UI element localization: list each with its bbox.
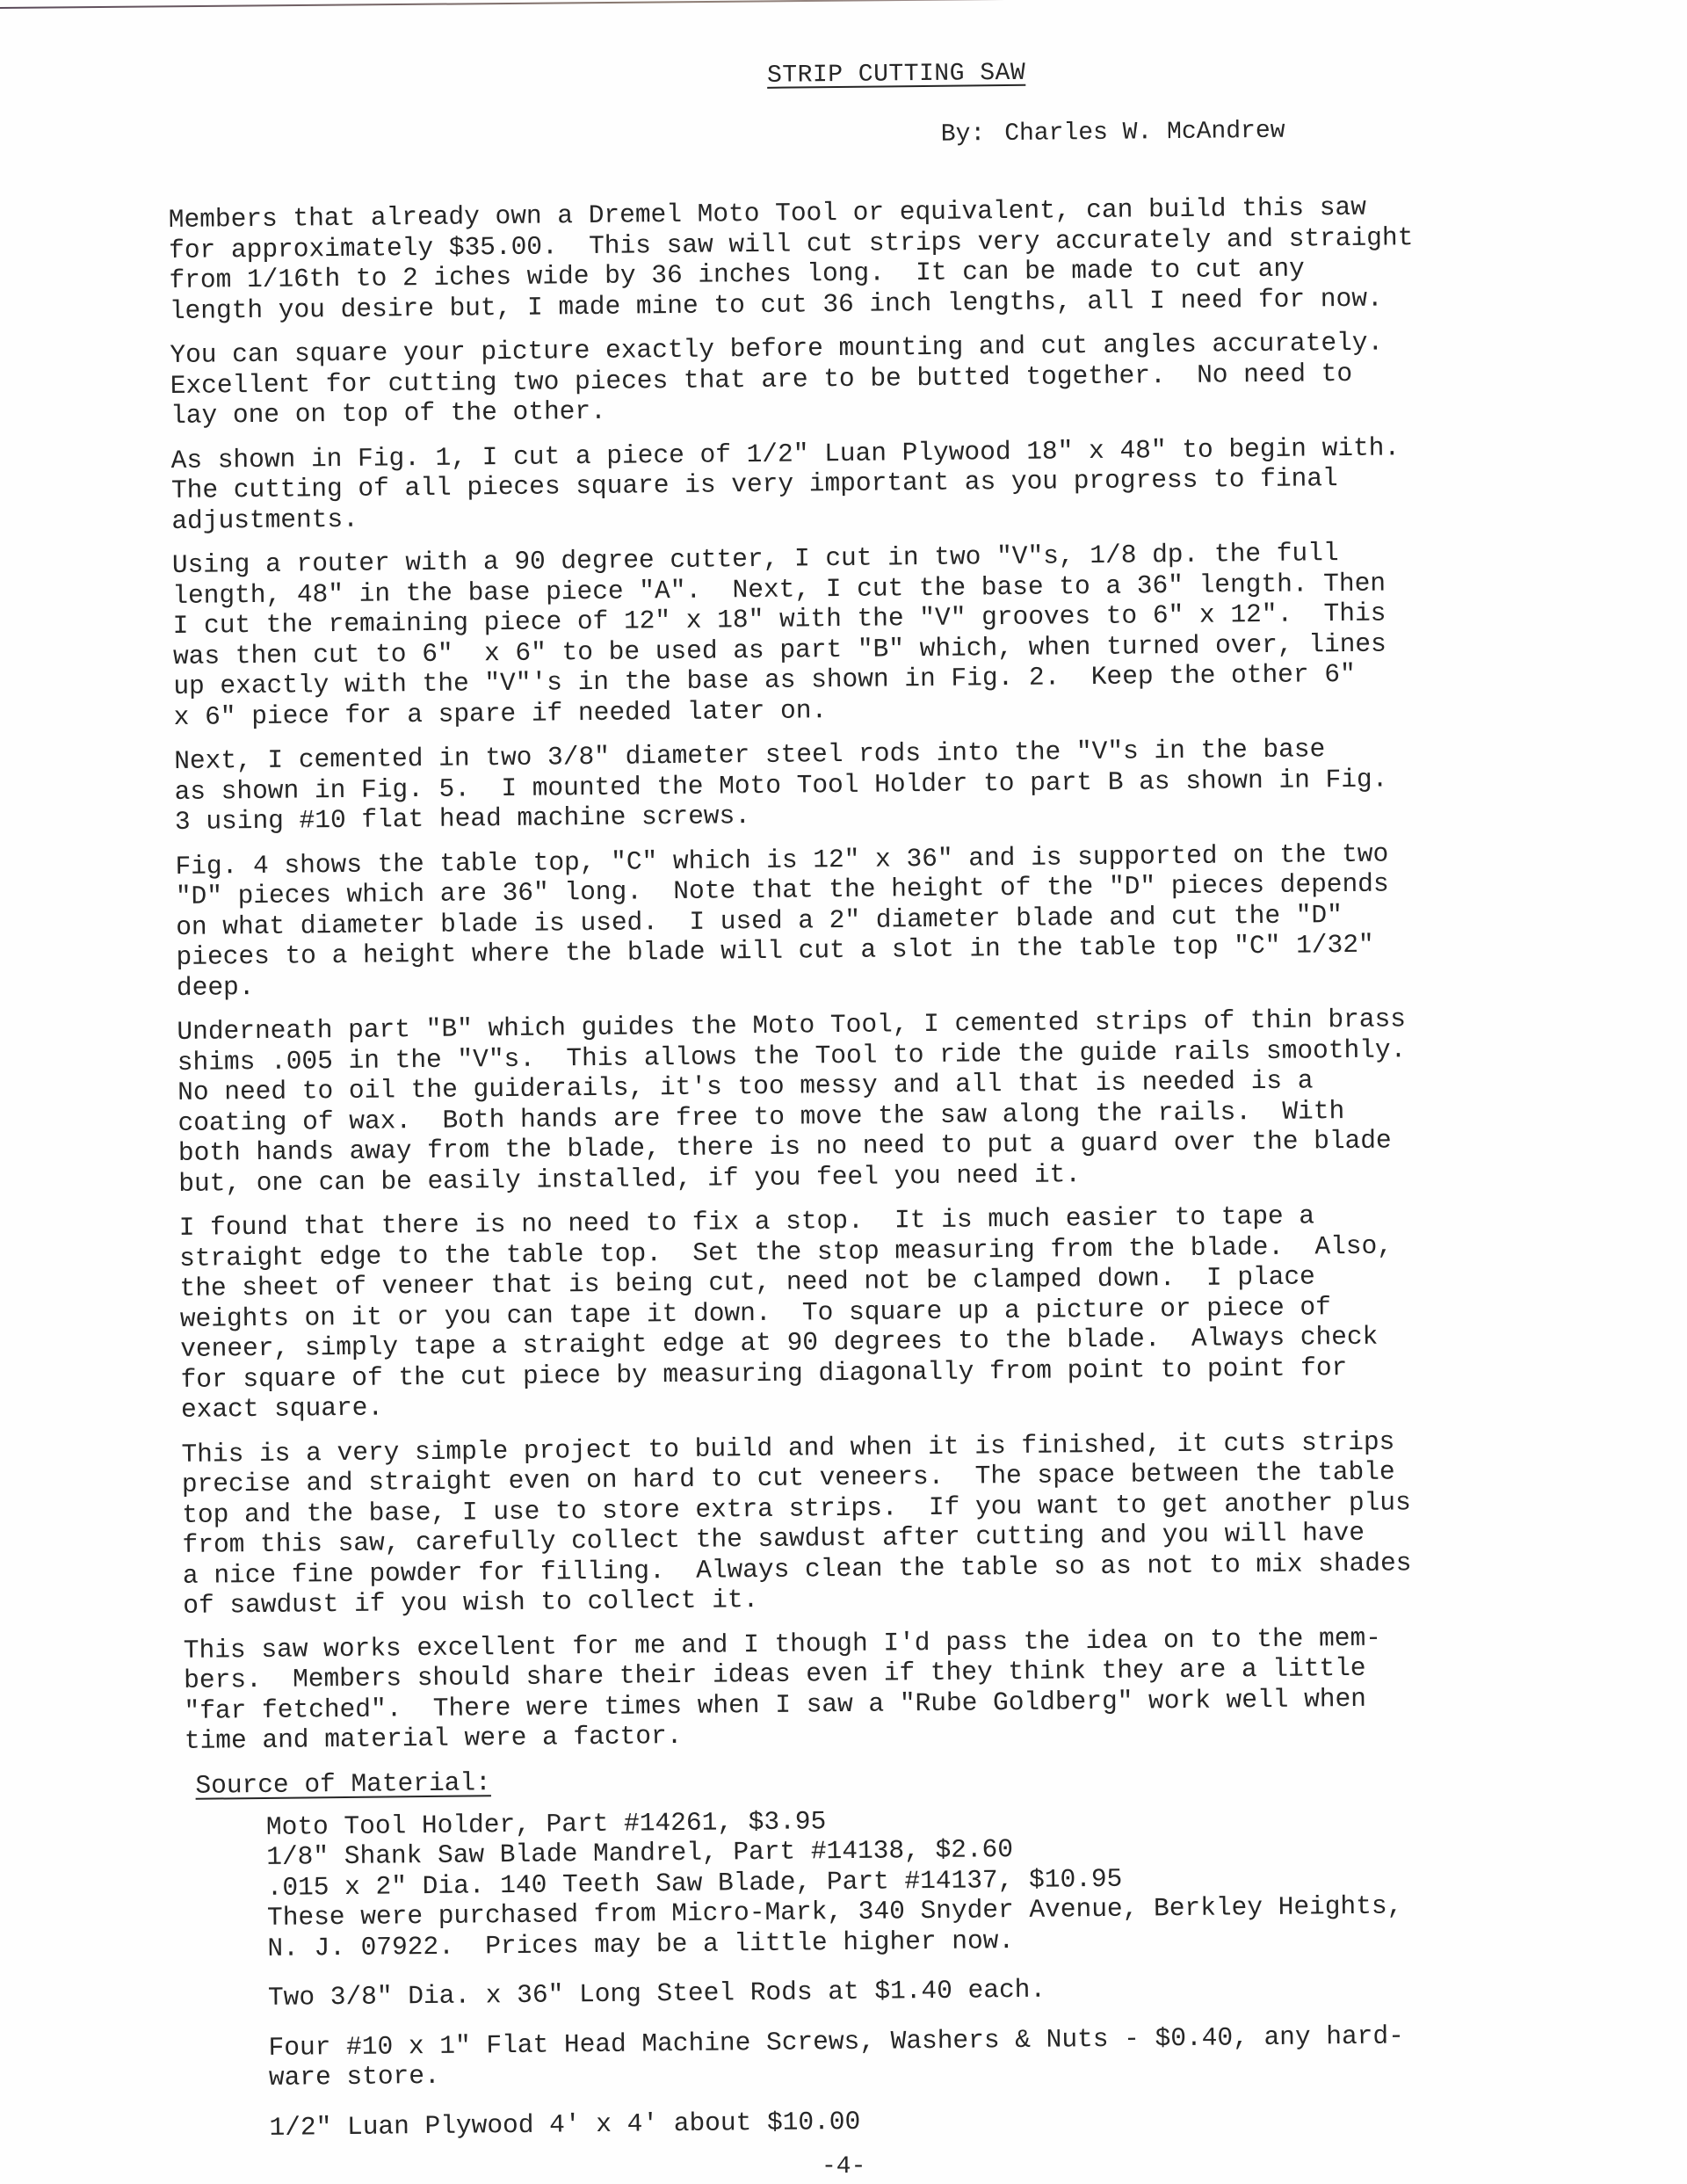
byline: By:Charles W. McAndrew xyxy=(941,114,1609,149)
paragraph: This is a very simple project to build a… xyxy=(181,1424,1624,1621)
document-body: STRIP CUTTING SAW By:Charles W. McAndrew… xyxy=(167,54,1630,2163)
source-of-material-heading: Source of Material: xyxy=(195,1755,1625,1800)
page-title: STRIP CUTTING SAW xyxy=(767,60,1025,90)
source-item: 1/2" Luan Plywood 4' x 4' about $10.00 xyxy=(269,2098,1629,2143)
page-number: -4- xyxy=(822,2153,865,2180)
author-name: Charles W. McAndrew xyxy=(1004,118,1285,148)
scanned-page: STRIP CUTTING SAW By:Charles W. McAndrew… xyxy=(0,0,1687,2184)
paragraph: You can square your picture exactly befo… xyxy=(170,325,1611,432)
byline-label: By: xyxy=(941,120,986,149)
paragraph: Members that already own a Dremel Moto T… xyxy=(169,190,1611,326)
supplier-parts-group: Moto Tool Holder, Part #14261, $3.951/8"… xyxy=(266,1797,1628,1963)
source-of-material-list: Moto Tool Holder, Part #14261, $3.951/8"… xyxy=(266,1797,1630,2143)
paragraph: Fig. 4 shows the table top, "C" which is… xyxy=(175,836,1618,1003)
scan-edge-line xyxy=(0,0,1300,9)
paragraph: As shown in Fig. 1, I cut a piece of 1/2… xyxy=(170,430,1612,536)
title-block: STRIP CUTTING SAW xyxy=(167,54,1608,96)
article-text: Members that already own a Dremel Moto T… xyxy=(169,190,1625,1757)
paragraph: Underneath part "B" which guides the Mot… xyxy=(177,1002,1619,1199)
source-item: Four #10 x 1" Flat Head Machine Screws, … xyxy=(268,2018,1629,2093)
paragraph: I found that there is no need to fix a s… xyxy=(179,1198,1622,1426)
paragraph: This saw works excellent for me and I th… xyxy=(184,1620,1625,1756)
source-item: Two 3/8" Dia. x 36" Long Steel Rods at $… xyxy=(268,1969,1628,2013)
supplier-note: These were purchased from Micro-Mark, 34… xyxy=(267,1889,1628,1963)
paragraph: Using a router with a 90 degree cutter, … xyxy=(172,535,1615,732)
paragraph: Next, I cemented in two 3/8" diameter st… xyxy=(174,731,1616,838)
